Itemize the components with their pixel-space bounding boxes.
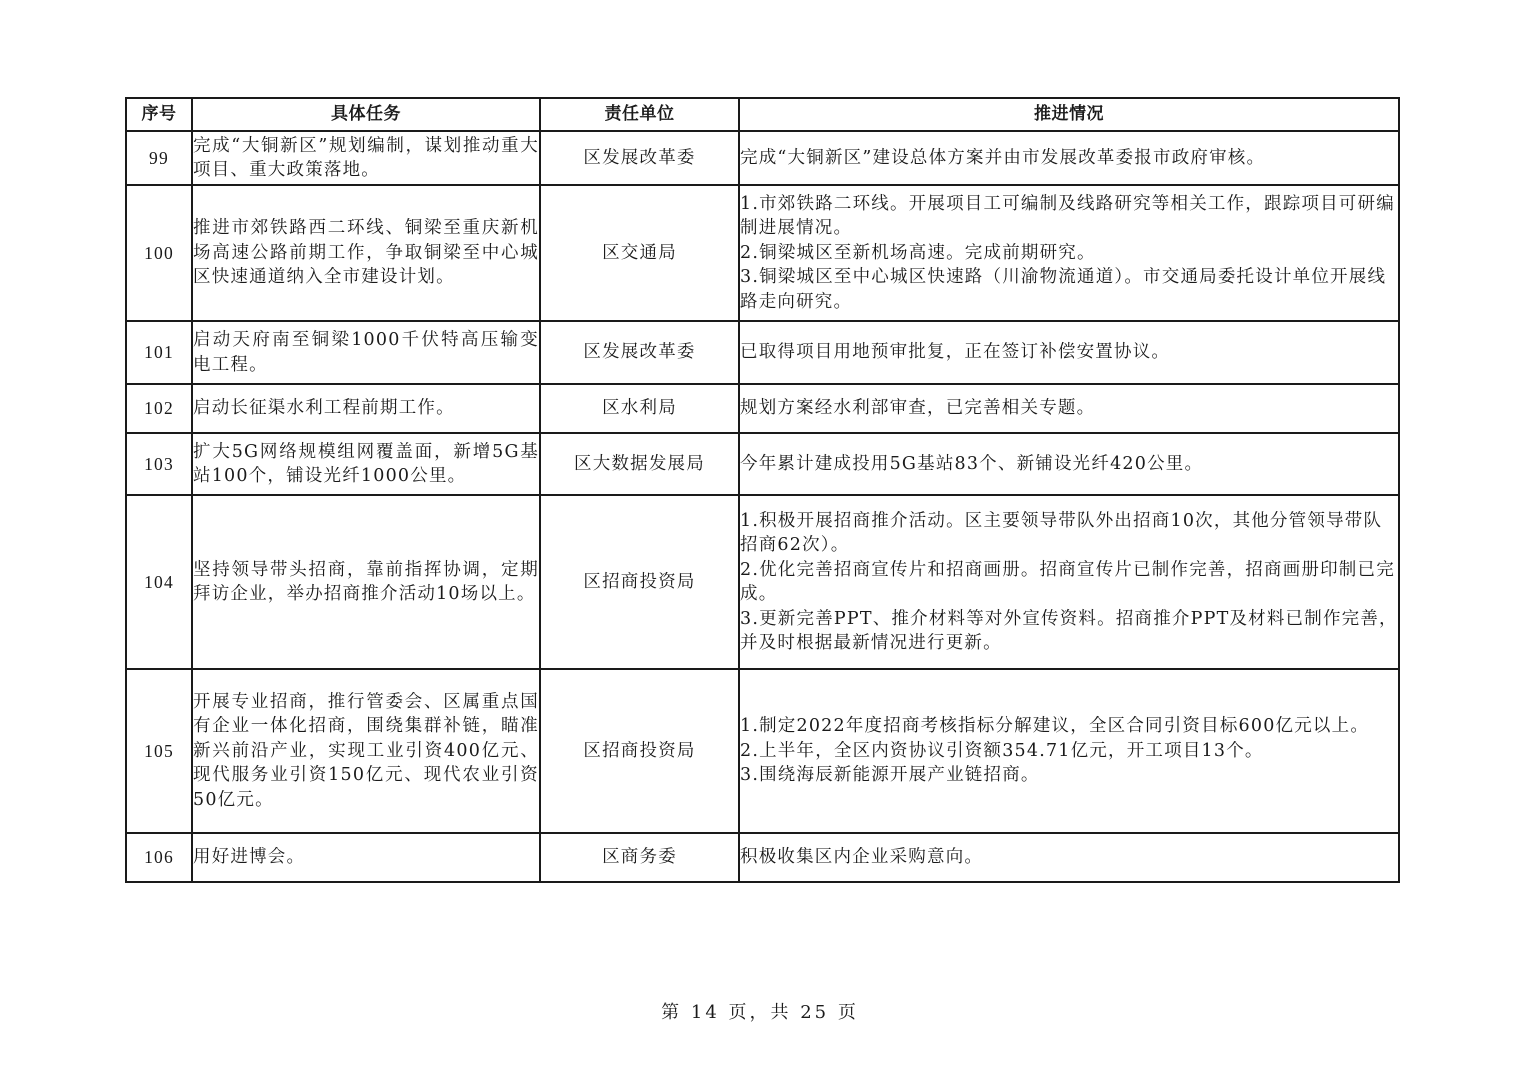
progress-line: 规划方案经水利部审查，已完善相关专题。	[740, 396, 1398, 421]
row-progress: 已取得项目用地预审批复，正在签订补偿安置协议。	[739, 321, 1399, 384]
table-header-row: 序号 具体任务 责任单位 推进情况	[126, 98, 1399, 131]
progress-line: 积极收集区内企业采购意向。	[740, 845, 1398, 870]
row-number: 102	[126, 384, 192, 433]
row-progress: 1.市郊铁路二环线。开展项目工可编制及线路研究等相关工作，跟踪项目可研编制进展情…	[739, 185, 1399, 321]
row-task: 完成“大铜新区”规划编制，谋划推动重大项目、重大政策落地。	[192, 131, 540, 185]
row-unit: 区招商投资局	[540, 669, 739, 833]
table-row: 101 启动天府南至铜梁1000千伏特高压输变电工程。 区发展改革委 已取得项目…	[126, 321, 1399, 384]
table-row: 100 推进市郊铁路西二环线、铜梁至重庆新机场高速公路前期工作，争取铜梁至中心城…	[126, 185, 1399, 321]
progress-line: 3.围绕海辰新能源开展产业链招商。	[740, 763, 1398, 788]
row-unit: 区发展改革委	[540, 131, 739, 185]
row-task: 启动天府南至铜梁1000千伏特高压输变电工程。	[192, 321, 540, 384]
progress-line: 3.更新完善PPT、推介材料等对外宣传资料。招商推介PPT及材料已制作完善，并及…	[740, 607, 1398, 656]
progress-line: 1.制定2022年度招商考核指标分解建议，全区合同引资目标600亿元以上。	[740, 714, 1398, 739]
table-row: 102 启动长征渠水利工程前期工作。 区水利局 规划方案经水利部审查，已完善相关…	[126, 384, 1399, 433]
table-row: 104 坚持领导带头招商，靠前指挥协调，定期拜访企业，举办招商推介活动10场以上…	[126, 495, 1399, 669]
header-specific-task: 具体任务	[192, 98, 540, 131]
header-progress: 推进情况	[739, 98, 1399, 131]
table-row: 105 开展专业招商，推行管委会、区属重点国有企业一体化招商，围绕集群补链，瞄准…	[126, 669, 1399, 833]
row-number: 103	[126, 433, 192, 495]
row-progress: 规划方案经水利部审查，已完善相关专题。	[739, 384, 1399, 433]
row-number: 105	[126, 669, 192, 833]
header-responsible-unit: 责任单位	[540, 98, 739, 131]
row-unit: 区交通局	[540, 185, 739, 321]
row-unit: 区商务委	[540, 833, 739, 882]
row-progress: 今年累计建成投用5G基站83个、新铺设光纤420公里。	[739, 433, 1399, 495]
row-progress: 1.制定2022年度招商考核指标分解建议，全区合同引资目标600亿元以上。 2.…	[739, 669, 1399, 833]
row-number: 100	[126, 185, 192, 321]
row-task: 用好进博会。	[192, 833, 540, 882]
progress-line: 完成“大铜新区”建设总体方案并由市发展改革委报市政府审核。	[740, 146, 1398, 171]
table-row: 106 用好进博会。 区商务委 积极收集区内企业采购意向。	[126, 833, 1399, 882]
document-page: 序号 具体任务 责任单位 推进情况 99 完成“大铜新区”规划编制，谋划推动重大…	[0, 0, 1520, 1074]
progress-line: 已取得项目用地预审批复，正在签订补偿安置协议。	[740, 340, 1398, 365]
row-unit: 区发展改革委	[540, 321, 739, 384]
progress-line: 2.上半年，全区内资协议引资额354.71亿元，开工项目13个。	[740, 739, 1398, 764]
page-number-footer: 第 14 页，共 25 页	[0, 998, 1520, 1024]
progress-line: 1.市郊铁路二环线。开展项目工可编制及线路研究等相关工作，跟踪项目可研编制进展情…	[740, 192, 1398, 241]
row-number: 106	[126, 833, 192, 882]
row-progress: 积极收集区内企业采购意向。	[739, 833, 1399, 882]
progress-line: 2.铜梁城区至新机场高速。完成前期研究。	[740, 241, 1398, 266]
row-task: 启动长征渠水利工程前期工作。	[192, 384, 540, 433]
task-progress-table: 序号 具体任务 责任单位 推进情况 99 完成“大铜新区”规划编制，谋划推动重大…	[125, 97, 1400, 883]
row-task: 坚持领导带头招商，靠前指挥协调，定期拜访企业，举办招商推介活动10场以上。	[192, 495, 540, 669]
progress-line: 1.积极开展招商推介活动。区主要领导带队外出招商10次，其他分管领导带队招商62…	[740, 509, 1398, 558]
progress-line: 2.优化完善招商宣传片和招商画册。招商宣传片已制作完善，招商画册印制已完成。	[740, 558, 1398, 607]
header-serial-number: 序号	[126, 98, 192, 131]
row-unit: 区大数据发展局	[540, 433, 739, 495]
row-number: 99	[126, 131, 192, 185]
table-row: 103 扩大5G网络规模组网覆盖面，新增5G基站100个，铺设光纤1000公里。…	[126, 433, 1399, 495]
progress-line: 3.铜梁城区至中心城区快速路（川渝物流通道）。市交通局委托设计单位开展线路走向研…	[740, 265, 1398, 314]
row-progress: 1.积极开展招商推介活动。区主要领导带队外出招商10次，其他分管领导带队招商62…	[739, 495, 1399, 669]
row-progress: 完成“大铜新区”建设总体方案并由市发展改革委报市政府审核。	[739, 131, 1399, 185]
row-unit: 区水利局	[540, 384, 739, 433]
row-task: 推进市郊铁路西二环线、铜梁至重庆新机场高速公路前期工作，争取铜梁至中心城区快速通…	[192, 185, 540, 321]
row-unit: 区招商投资局	[540, 495, 739, 669]
row-number: 104	[126, 495, 192, 669]
row-number: 101	[126, 321, 192, 384]
progress-line: 今年累计建成投用5G基站83个、新铺设光纤420公里。	[740, 452, 1398, 477]
table-row: 99 完成“大铜新区”规划编制，谋划推动重大项目、重大政策落地。 区发展改革委 …	[126, 131, 1399, 185]
row-task: 扩大5G网络规模组网覆盖面，新增5G基站100个，铺设光纤1000公里。	[192, 433, 540, 495]
row-task: 开展专业招商，推行管委会、区属重点国有企业一体化招商，围绕集群补链，瞄准新兴前沿…	[192, 669, 540, 833]
